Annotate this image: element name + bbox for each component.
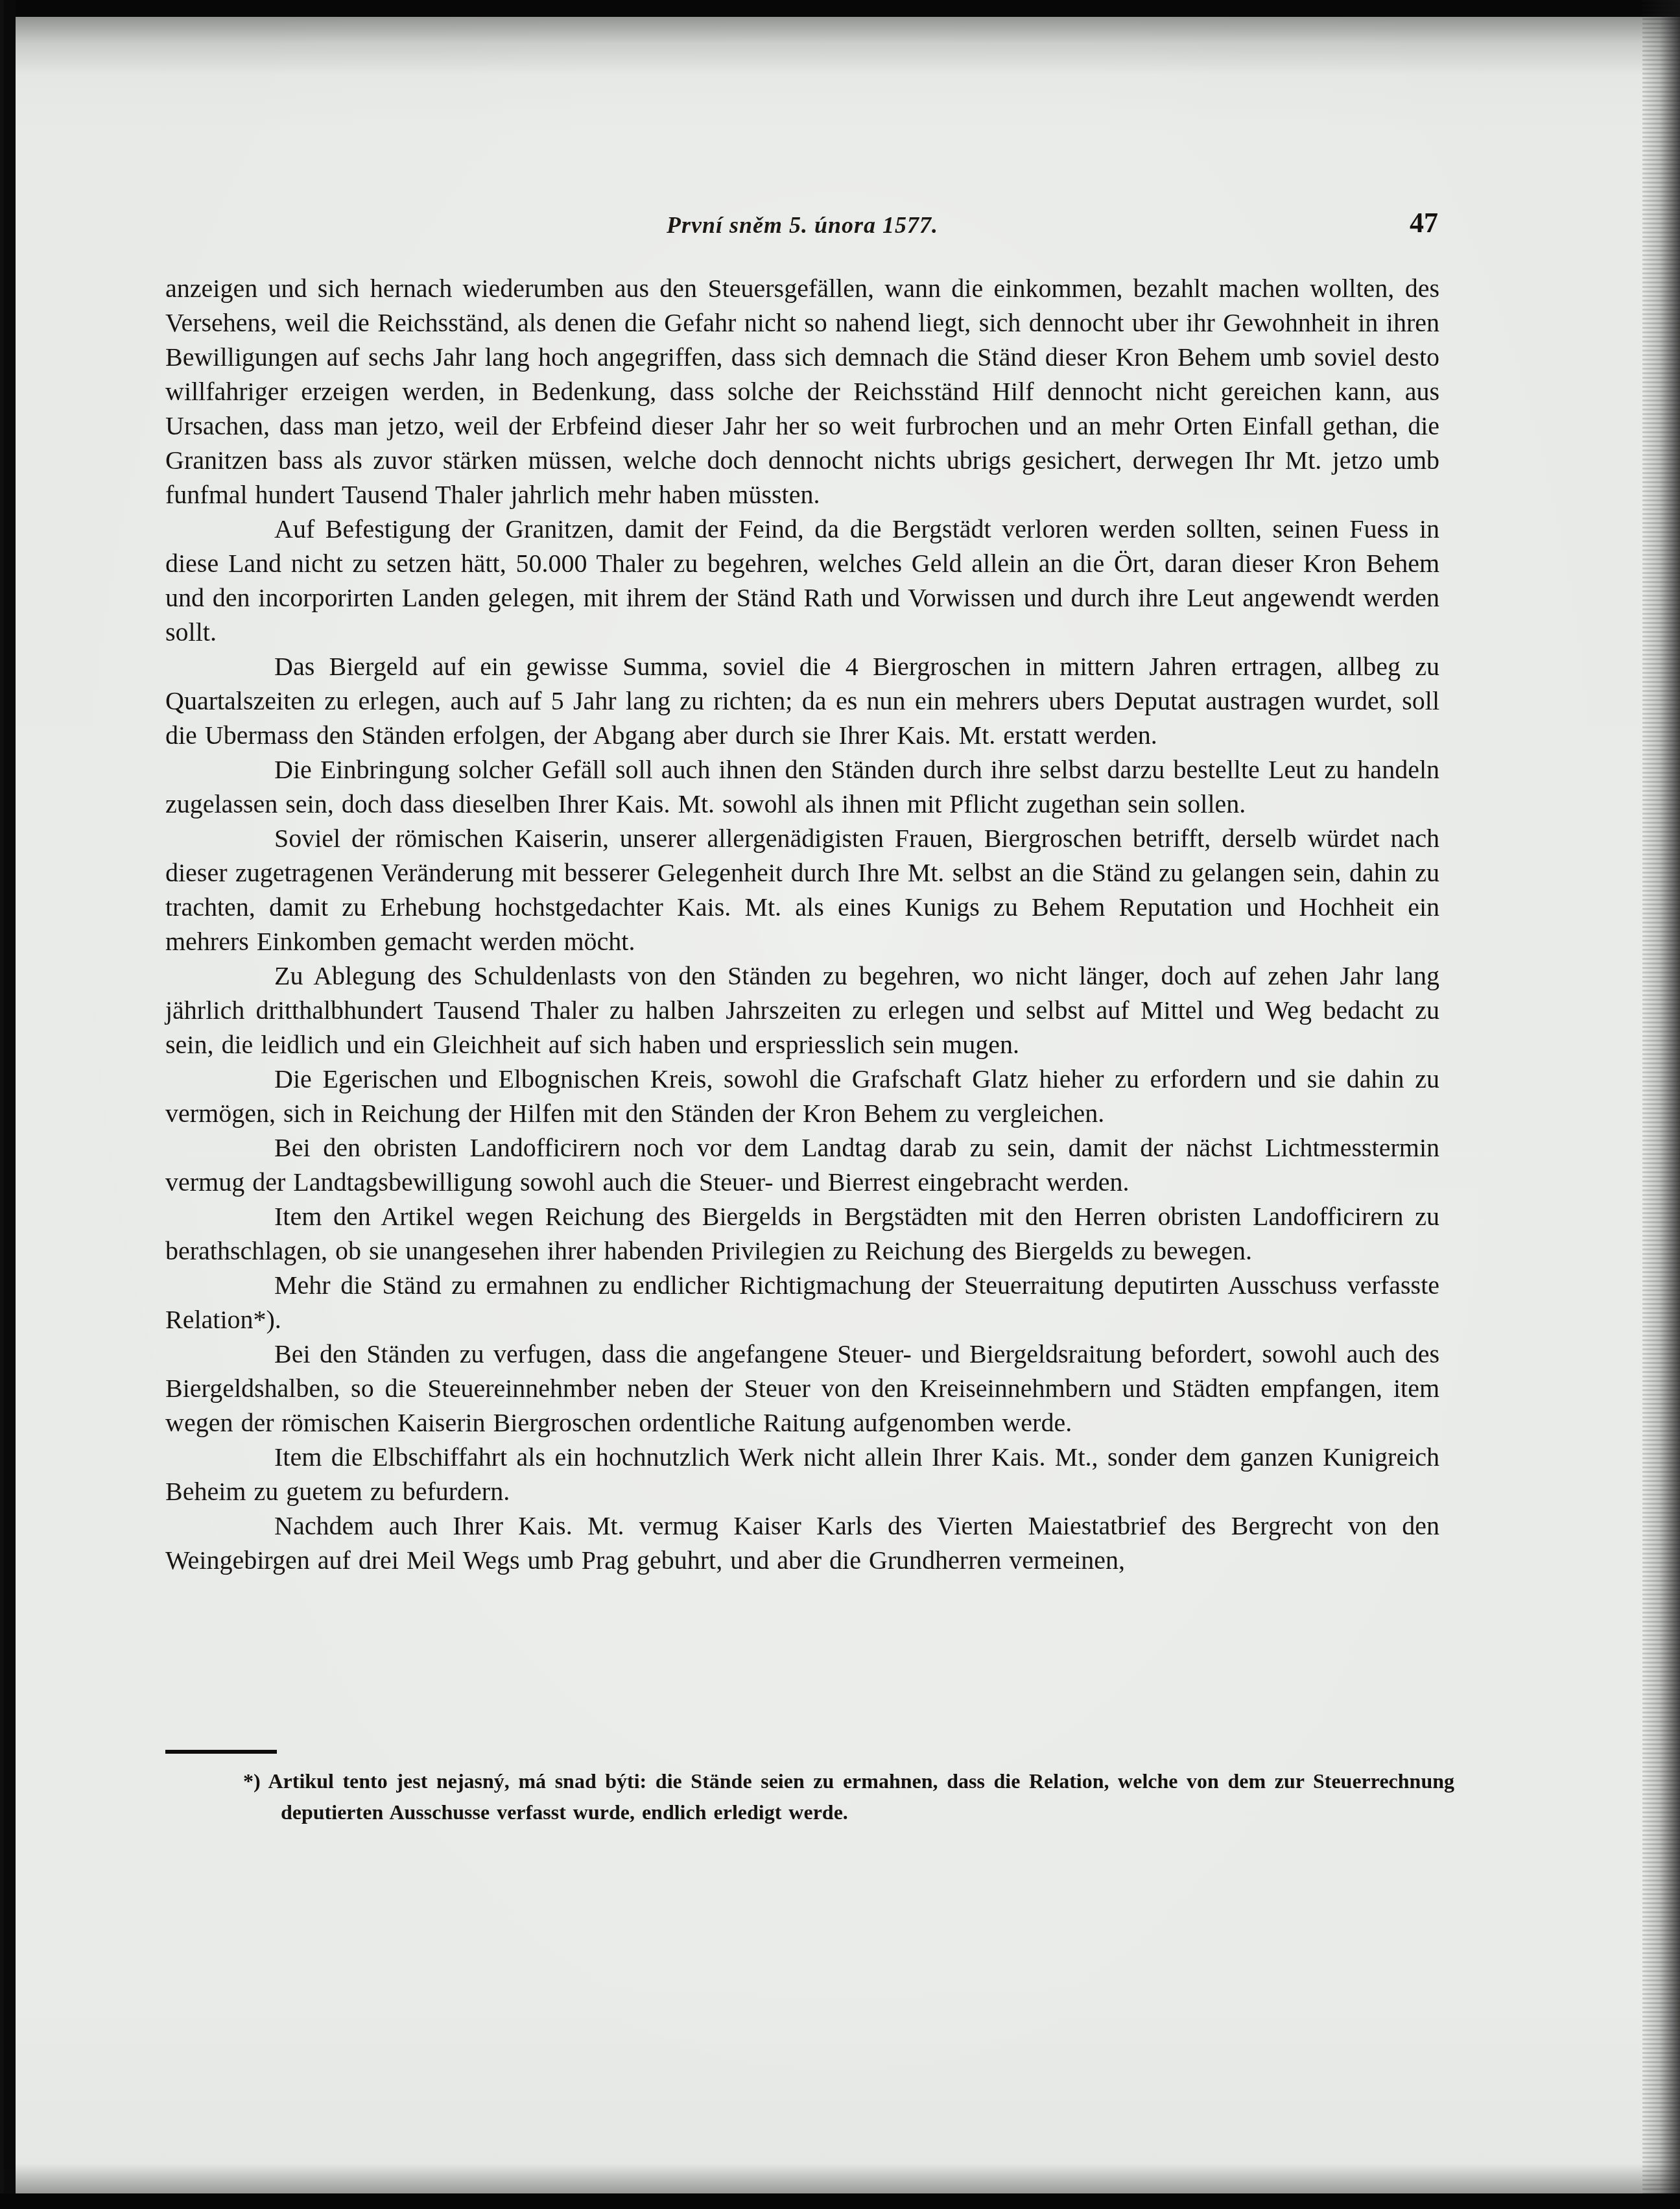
paragraph: Das Biergeld auf ein gewisse Summa, sovi… [165, 649, 1439, 752]
paragraph: Die Einbringung solcher Gefäll soll auch… [165, 752, 1439, 821]
body-text: anzeigen und sich hernach wiederumben au… [165, 271, 1439, 1577]
paragraph: anzeigen und sich hernach wiederumben au… [165, 271, 1439, 512]
paragraph: Bei den Ständen zu verfugen, dass die an… [165, 1337, 1439, 1440]
paragraph: Mehr die Ständ zu ermahnen zu endlicher … [165, 1268, 1439, 1337]
page-number: 47 [1410, 206, 1438, 239]
scan-edge-top-shadow [0, 17, 1680, 75]
scan-edge-bottom-shadow [0, 2164, 1680, 2193]
paragraph: Auf Befestigung der Granitzen, damit der… [165, 512, 1439, 649]
scan-edge-bottom [0, 2193, 1680, 2209]
scan-edge-top [0, 0, 1680, 17]
paragraph: Die Egerischen und Elbognischen Kreis, s… [165, 1062, 1439, 1130]
paragraph: Bei den obristen Landofficirern noch vor… [165, 1130, 1439, 1199]
paragraph: Item den Artikel wegen Reichung des Bier… [165, 1199, 1439, 1268]
scan-edge-right [1642, 0, 1680, 2209]
paragraph: Soviel der römischen Kaiserin, unserer a… [165, 821, 1439, 959]
paragraph: Item die Elbschiffahrt als ein hochnutzl… [165, 1440, 1439, 1509]
page-header: První sněm 5. února 1577. 47 [165, 206, 1439, 245]
footnote-rule [165, 1750, 277, 1754]
running-title: První sněm 5. února 1577. [165, 211, 1439, 239]
paragraph: Zu Ablegung des Schuldenlasts von den St… [165, 959, 1439, 1062]
paragraph: Nachdem auch Ihrer Kais. Mt. vermug Kais… [165, 1509, 1439, 1577]
scan-edge-left [4, 0, 16, 2209]
scanned-book-page: První sněm 5. února 1577. 47 anzeigen un… [0, 0, 1680, 2209]
footnote: *) Artikul tento jest nejasný, má snad b… [243, 1765, 1454, 1828]
